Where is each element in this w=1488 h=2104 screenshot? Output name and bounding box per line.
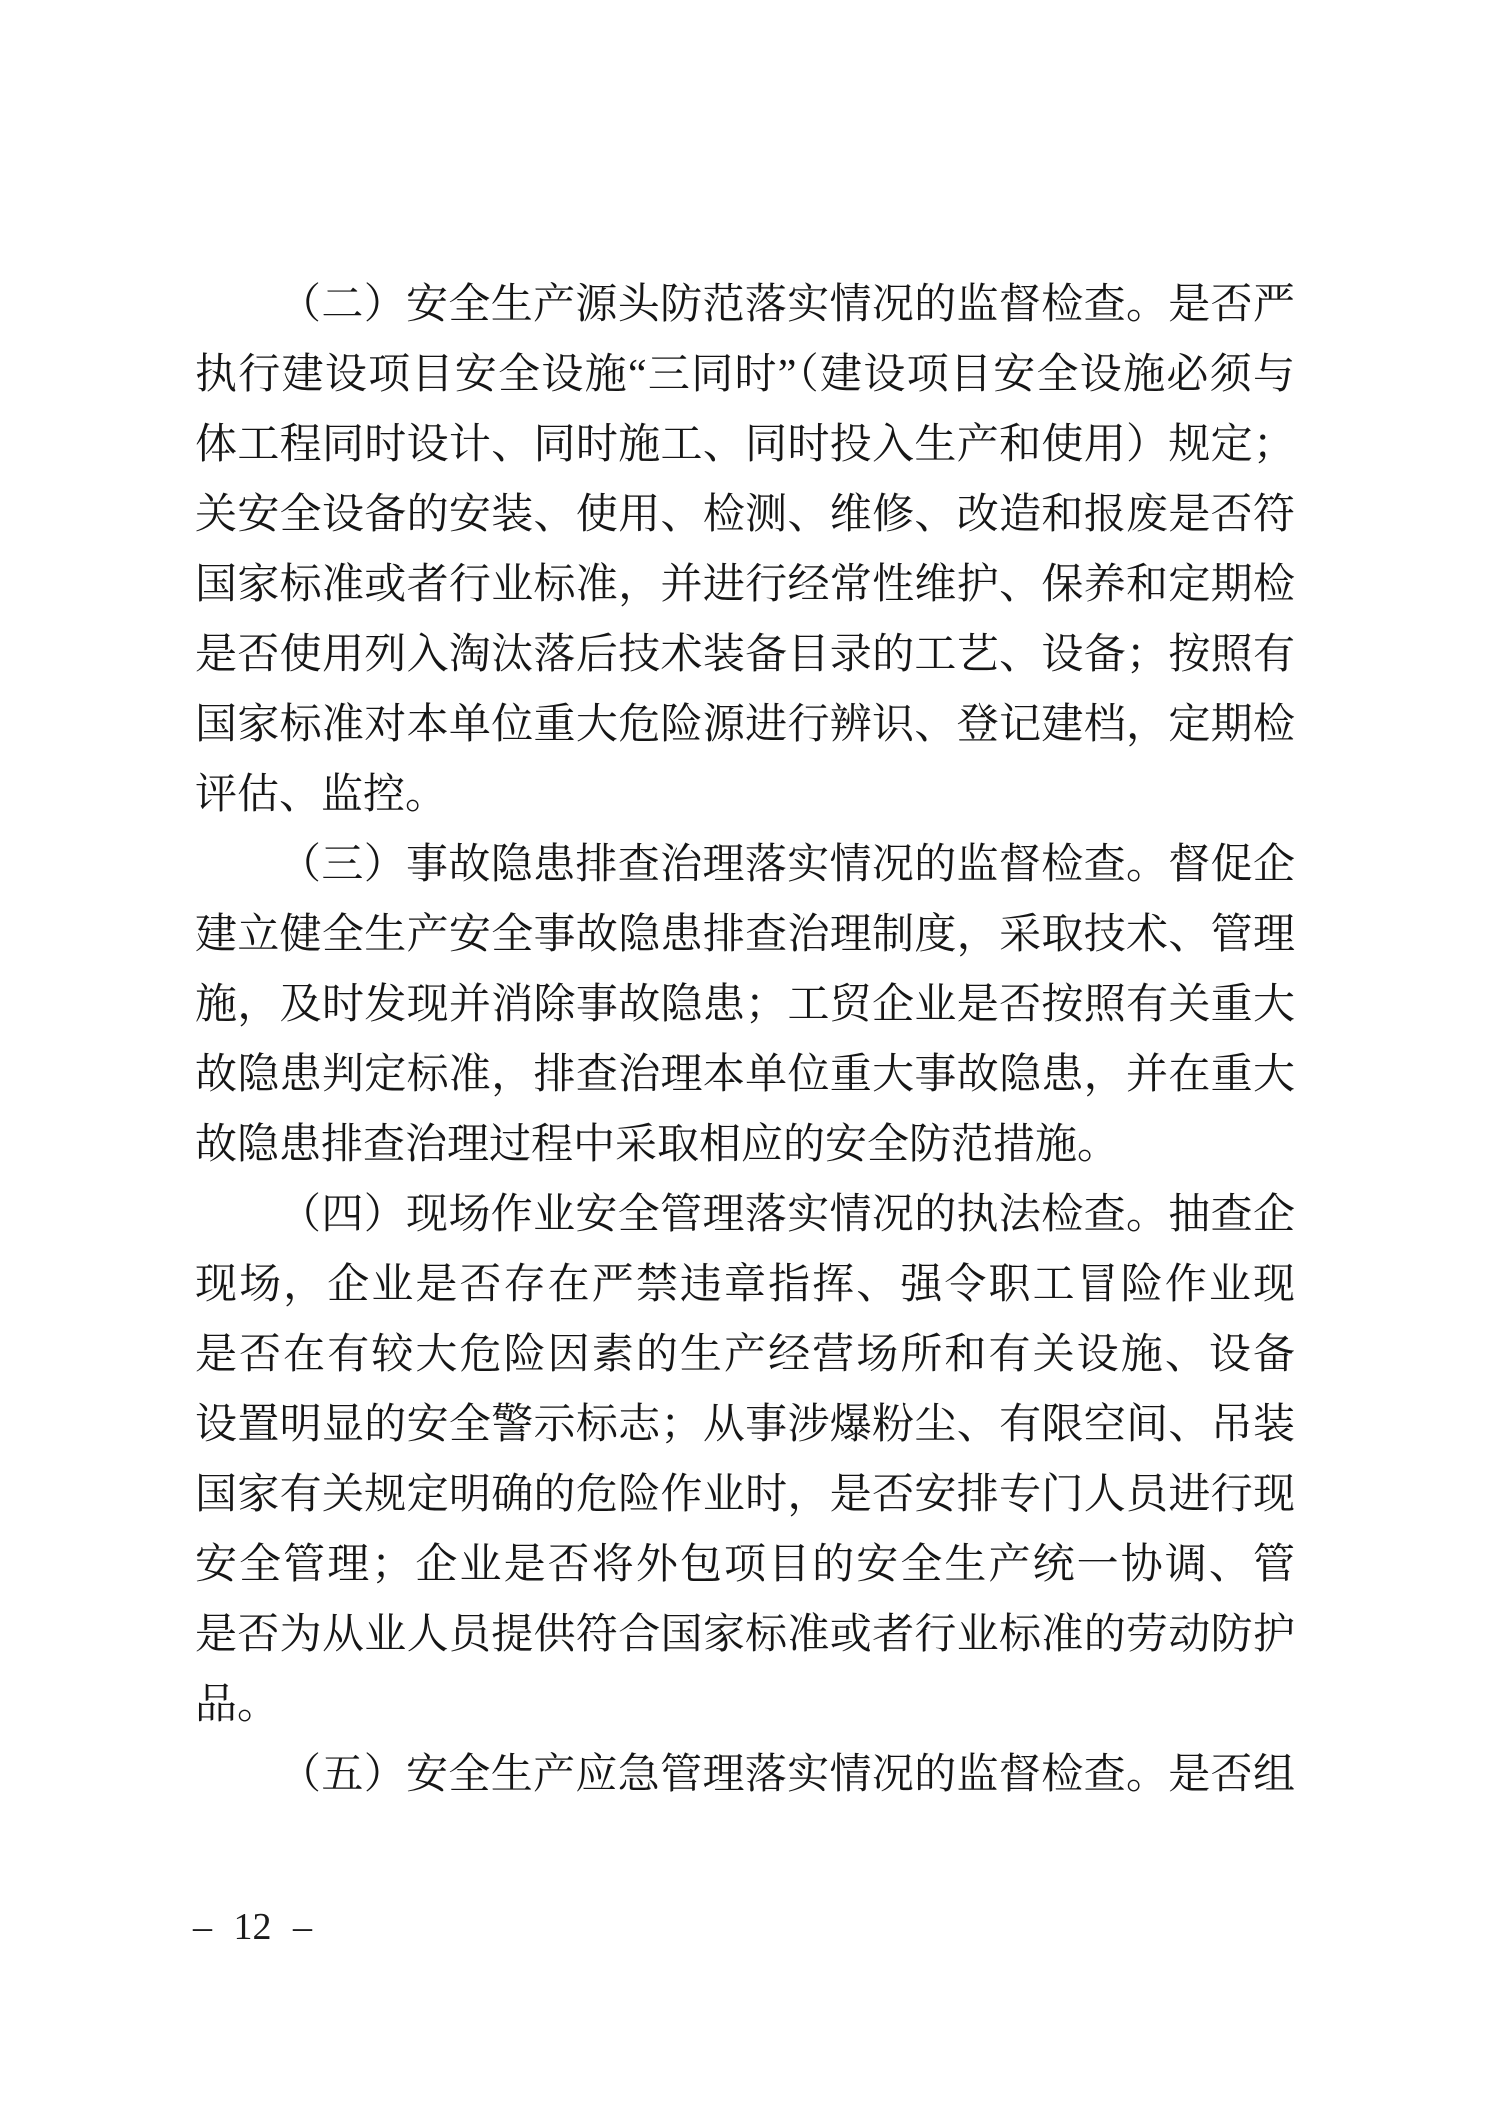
section-2-supervision-of-source-prevention-line-7: 国家标准对本单位重大危险源进行辨识、登记建档，定期检测、 [195,690,1295,760]
document-body: （二）安全生产源头防范落实情况的监督检查。是否严格执行建设项目安全设施“三同时”… [195,270,1295,1810]
section-2-supervision-of-source-prevention-line-3: 体工程同时设计、同时施工、同时投入生产和使用）规定；有 [195,410,1295,480]
section-4-onsite-operation-safety-line-2: 现场，企业是否存在严禁违章指挥、强令职工冒险作业现象； [195,1250,1295,1320]
section-4-onsite-operation-safety-line-6: 安全管理；企业是否将外包项目的安全生产统一协调、管理； [195,1530,1295,1600]
section-3-hidden-danger-investigation-line-1: （三）事故隐患排查治理落实情况的监督检查。督促企业 [195,830,1295,900]
section-4-onsite-operation-safety-line-8: 品。 [195,1670,1295,1740]
section-2-supervision-of-source-prevention-line-4: 关安全设备的安装、使用、检测、维修、改造和报废是否符合 [195,480,1295,550]
section-2-supervision-of-source-prevention-line-1: （二）安全生产源头防范落实情况的监督检查。是否严格 [195,270,1295,340]
section-2-supervision-of-source-prevention-line-2: 执行建设项目安全设施“三同时”（建设项目安全设施必须与主 [195,340,1295,410]
document-page: （二）安全生产源头防范落实情况的监督检查。是否严格执行建设项目安全设施“三同时”… [0,0,1488,2104]
section-2-supervision-of-source-prevention-line-6: 是否使用列入淘汰落后技术装备目录的工艺、设备；按照有关 [195,620,1295,690]
section-4-onsite-operation-safety-line-3: 是否在有较大危险因素的生产经营场所和有关设施、设备上， [195,1320,1295,1390]
section-4-onsite-operation-safety-line-7: 是否为从业人员提供符合国家标准或者行业标准的劳动防护用 [195,1600,1295,1670]
section-3-hidden-danger-investigation-line-4: 故隐患判定标准，排查治理本单位重大事故隐患，并在重大事 [195,1040,1295,1110]
section-2-supervision-of-source-prevention-line-5: 国家标准或者行业标准，并进行经常性维护、保养和定期检测； [195,550,1295,620]
page-number: – 12 – [193,1905,312,1949]
section-3-hidden-danger-investigation-line-3: 施，及时发现并消除事故隐患；工贸企业是否按照有关重大事 [195,970,1295,1040]
section-4-onsite-operation-safety-line-5: 国家有关规定明确的危险作业时，是否安排专门人员进行现场 [195,1460,1295,1530]
section-3-hidden-danger-investigation-line-2: 建立健全生产安全事故隐患排查治理制度，采取技术、管理措 [195,900,1295,970]
section-4-onsite-operation-safety-line-1: （四）现场作业安全管理落实情况的执法检查。抽查企业 [195,1180,1295,1250]
section-5-emergency-management-line-1: （五）安全生产应急管理落实情况的监督检查。是否组织 [195,1740,1295,1810]
section-4-onsite-operation-safety-line-4: 设置明显的安全警示标志；从事涉爆粉尘、有限空间、吊装及 [195,1390,1295,1460]
section-2-supervision-of-source-prevention-line-8: 评估、监控。 [195,760,1295,830]
section-3-hidden-danger-investigation-line-5: 故隐患排查治理过程中采取相应的安全防范措施。 [195,1110,1295,1180]
